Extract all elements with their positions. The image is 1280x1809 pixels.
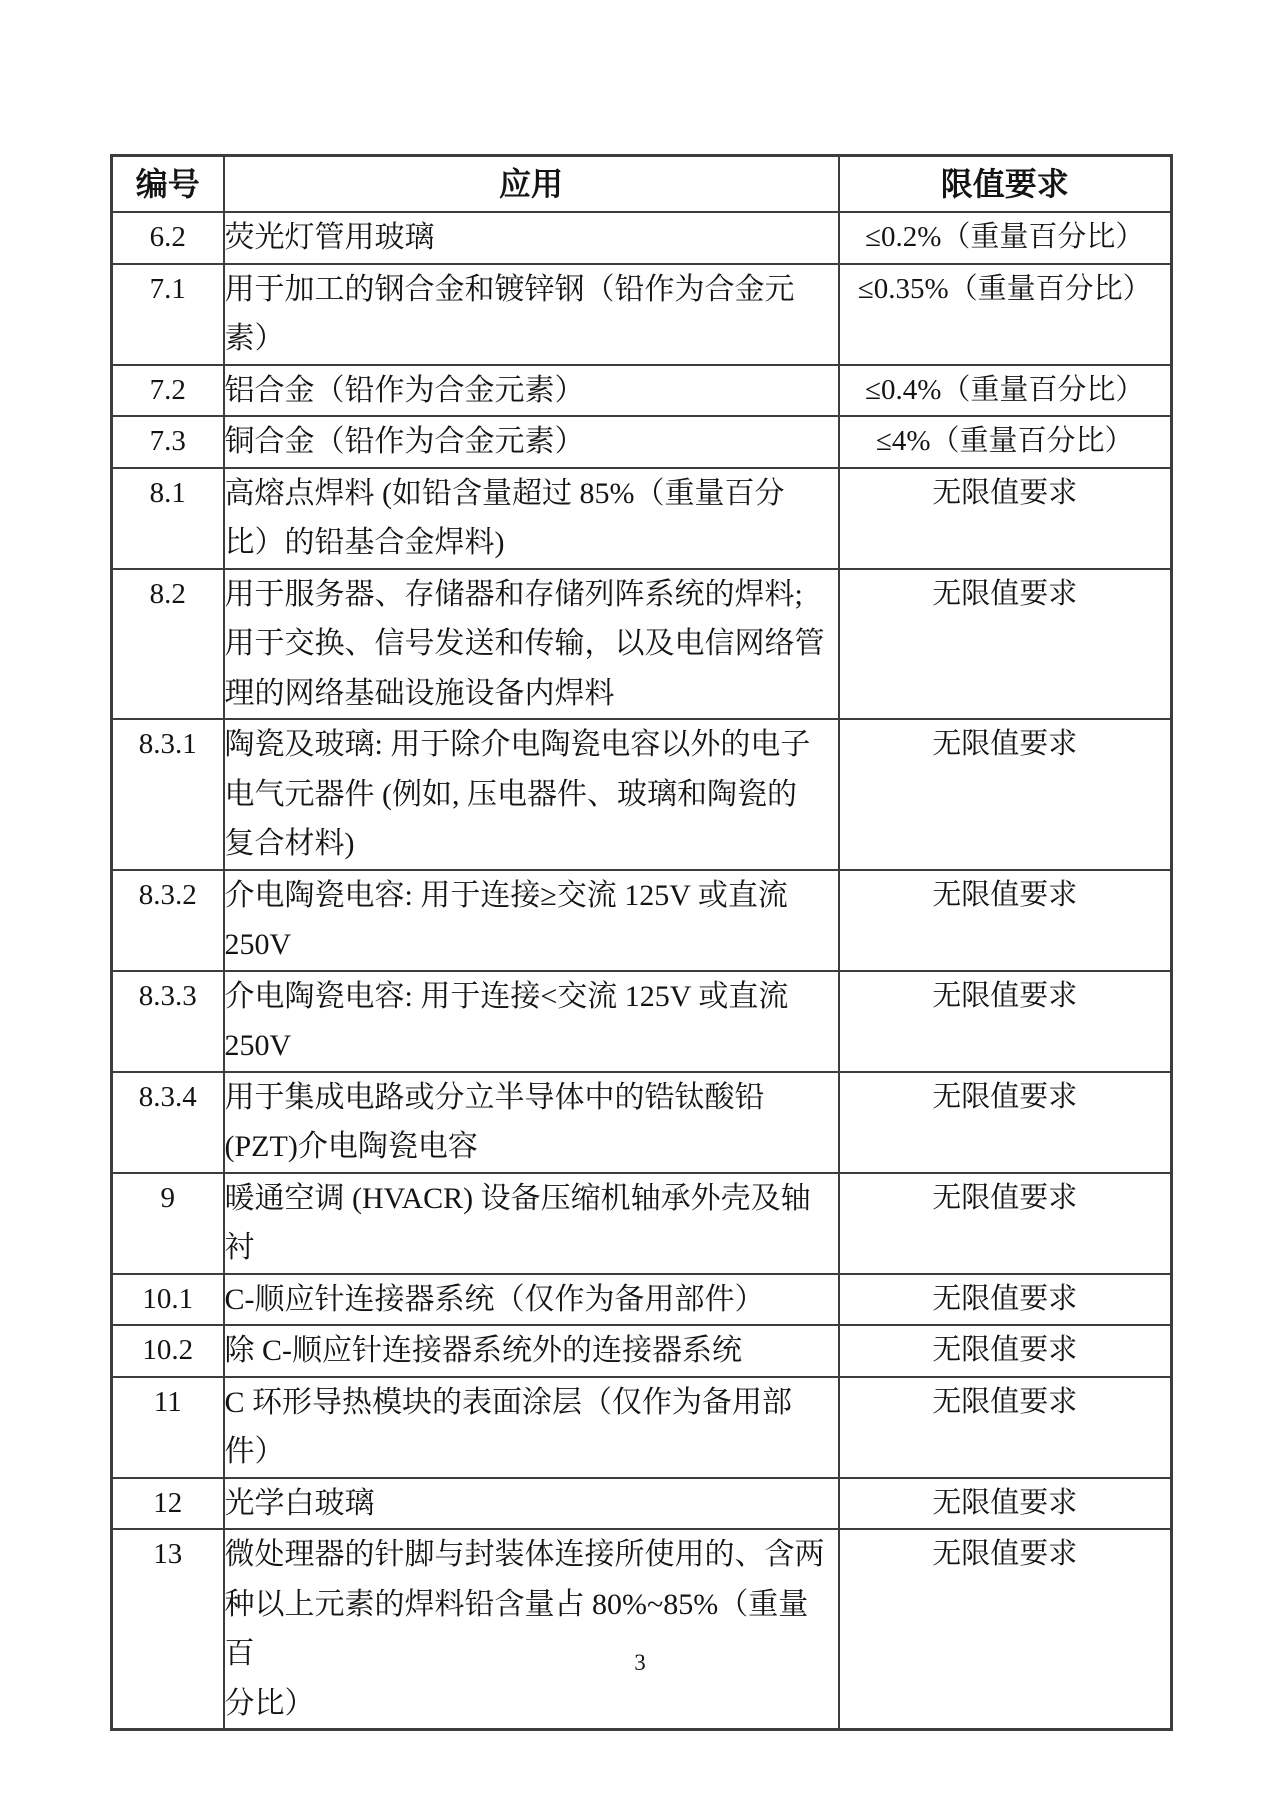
limit-cell: 无限值要求 xyxy=(839,1529,1172,1730)
table-row: 9 暖通空调 (HVACR) 设备压缩机轴承外壳及轴 衬 无限值要求 xyxy=(112,1173,1172,1274)
application-cell: 介电陶瓷电容: 用于连接≥交流 125V 或直流 250V xyxy=(224,870,839,971)
row-number-cell: 8.2 xyxy=(112,569,224,720)
row-number-cell: 8.3.1 xyxy=(112,719,224,870)
application-cell: 除 C-顺应针连接器系统外的连接器系统 xyxy=(224,1325,839,1377)
limit-cell: ≤0.35%（重量百分比） xyxy=(839,264,1172,365)
application-cell: 高熔点焊料 (如铅含量超过 85%（重量百分 比）的铅基合金焊料) xyxy=(224,468,839,569)
table-row: 8.3.4 用于集成电路或分立半导体中的锆钛酸铅 (PZT)介电陶瓷电容 无限值… xyxy=(112,1072,1172,1173)
table-row: 8.2 用于服务器、存储器和存储列阵系统的焊料; 用于交换、信号发送和传输，以及… xyxy=(112,569,1172,720)
row-number-cell: 13 xyxy=(112,1529,224,1730)
limit-cell: ≤0.2%（重量百分比） xyxy=(839,212,1172,264)
limit-cell: ≤0.4%（重量百分比） xyxy=(839,365,1172,417)
limit-cell: 无限值要求 xyxy=(839,719,1172,870)
table-row: 6.2 荧光灯管用玻璃 ≤0.2%（重量百分比） xyxy=(112,212,1172,264)
row-number-cell: 6.2 xyxy=(112,212,224,264)
table-row: 7.1 用于加工的钢合金和镀锌钢（铅作为合金元 素） ≤0.35%（重量百分比） xyxy=(112,264,1172,365)
page-number: 3 xyxy=(0,1650,1280,1676)
row-number-cell: 7.1 xyxy=(112,264,224,365)
limit-cell: 无限值要求 xyxy=(839,1325,1172,1377)
limit-cell: 无限值要求 xyxy=(839,468,1172,569)
table-header-row: 编号 应用 限值要求 xyxy=(112,156,1172,213)
application-cell: 铝合金（铅作为合金元素） xyxy=(224,365,839,417)
limit-cell: 无限值要求 xyxy=(839,1274,1172,1326)
row-number-cell: 8.1 xyxy=(112,468,224,569)
row-number-cell: 10.2 xyxy=(112,1325,224,1377)
row-number-cell: 12 xyxy=(112,1478,224,1530)
limit-cell: 无限值要求 xyxy=(839,1478,1172,1530)
document-page: 编号 应用 限值要求 6.2 荧光灯管用玻璃 ≤0.2%（重量百分比） 7.1 … xyxy=(0,0,1280,1809)
table-row: 8.3.2 介电陶瓷电容: 用于连接≥交流 125V 或直流 250V 无限值要… xyxy=(112,870,1172,971)
application-cell: 光学白玻璃 xyxy=(224,1478,839,1530)
table-row: 8.3.1 陶瓷及玻璃: 用于除介电陶瓷电容以外的电子 电气元器件 (例如, 压… xyxy=(112,719,1172,870)
table-row: 8.3.3 介电陶瓷电容: 用于连接<交流 125V 或直流 250V 无限值要… xyxy=(112,971,1172,1072)
row-number-cell: 8.3.4 xyxy=(112,1072,224,1173)
table-row: 7.3 铜合金（铅作为合金元素） ≤4%（重量百分比） xyxy=(112,416,1172,468)
row-number-cell: 8.3.2 xyxy=(112,870,224,971)
application-cell: 陶瓷及玻璃: 用于除介电陶瓷电容以外的电子 电气元器件 (例如, 压电器件、玻璃… xyxy=(224,719,839,870)
col-header-application: 应用 xyxy=(224,156,839,213)
table-row: 12 光学白玻璃 无限值要求 xyxy=(112,1478,1172,1530)
lead-limit-table: 编号 应用 限值要求 6.2 荧光灯管用玻璃 ≤0.2%（重量百分比） 7.1 … xyxy=(110,154,1173,1731)
application-cell: 微处理器的针脚与封装体连接所使用的、含两 种以上元素的焊料铅含量占 80%~85… xyxy=(224,1529,839,1730)
row-number-cell: 7.2 xyxy=(112,365,224,417)
row-number-cell: 7.3 xyxy=(112,416,224,468)
application-cell: 用于集成电路或分立半导体中的锆钛酸铅 (PZT)介电陶瓷电容 xyxy=(224,1072,839,1173)
table-row: 11 C 环形导热模块的表面涂层（仅作为备用部 件） 无限值要求 xyxy=(112,1377,1172,1478)
limit-cell: ≤4%（重量百分比） xyxy=(839,416,1172,468)
row-number-cell: 11 xyxy=(112,1377,224,1478)
row-number-cell: 8.3.3 xyxy=(112,971,224,1072)
table-row: 7.2 铝合金（铅作为合金元素） ≤0.4%（重量百分比） xyxy=(112,365,1172,417)
limit-cell: 无限值要求 xyxy=(839,1377,1172,1478)
application-cell: 用于加工的钢合金和镀锌钢（铅作为合金元 素） xyxy=(224,264,839,365)
limit-cell: 无限值要求 xyxy=(839,1072,1172,1173)
application-cell: C 环形导热模块的表面涂层（仅作为备用部 件） xyxy=(224,1377,839,1478)
limit-cell: 无限值要求 xyxy=(839,971,1172,1072)
table-row: 10.1 C-顺应针连接器系统（仅作为备用部件） 无限值要求 xyxy=(112,1274,1172,1326)
application-cell: C-顺应针连接器系统（仅作为备用部件） xyxy=(224,1274,839,1326)
row-number-cell: 10.1 xyxy=(112,1274,224,1326)
application-cell: 铜合金（铅作为合金元素） xyxy=(224,416,839,468)
col-header-limit: 限值要求 xyxy=(839,156,1172,213)
table-row: 8.1 高熔点焊料 (如铅含量超过 85%（重量百分 比）的铅基合金焊料) 无限… xyxy=(112,468,1172,569)
application-cell: 暖通空调 (HVACR) 设备压缩机轴承外壳及轴 衬 xyxy=(224,1173,839,1274)
table-row: 10.2 除 C-顺应针连接器系统外的连接器系统 无限值要求 xyxy=(112,1325,1172,1377)
col-header-number: 编号 xyxy=(112,156,224,213)
limit-cell: 无限值要求 xyxy=(839,569,1172,720)
limit-cell: 无限值要求 xyxy=(839,1173,1172,1274)
table-row: 13 微处理器的针脚与封装体连接所使用的、含两 种以上元素的焊料铅含量占 80%… xyxy=(112,1529,1172,1730)
row-number-cell: 9 xyxy=(112,1173,224,1274)
application-cell: 介电陶瓷电容: 用于连接<交流 125V 或直流 250V xyxy=(224,971,839,1072)
application-cell: 用于服务器、存储器和存储列阵系统的焊料; 用于交换、信号发送和传输，以及电信网络… xyxy=(224,569,839,720)
table-body: 6.2 荧光灯管用玻璃 ≤0.2%（重量百分比） 7.1 用于加工的钢合金和镀锌… xyxy=(112,212,1172,1730)
application-cell: 荧光灯管用玻璃 xyxy=(224,212,839,264)
limit-cell: 无限值要求 xyxy=(839,870,1172,971)
